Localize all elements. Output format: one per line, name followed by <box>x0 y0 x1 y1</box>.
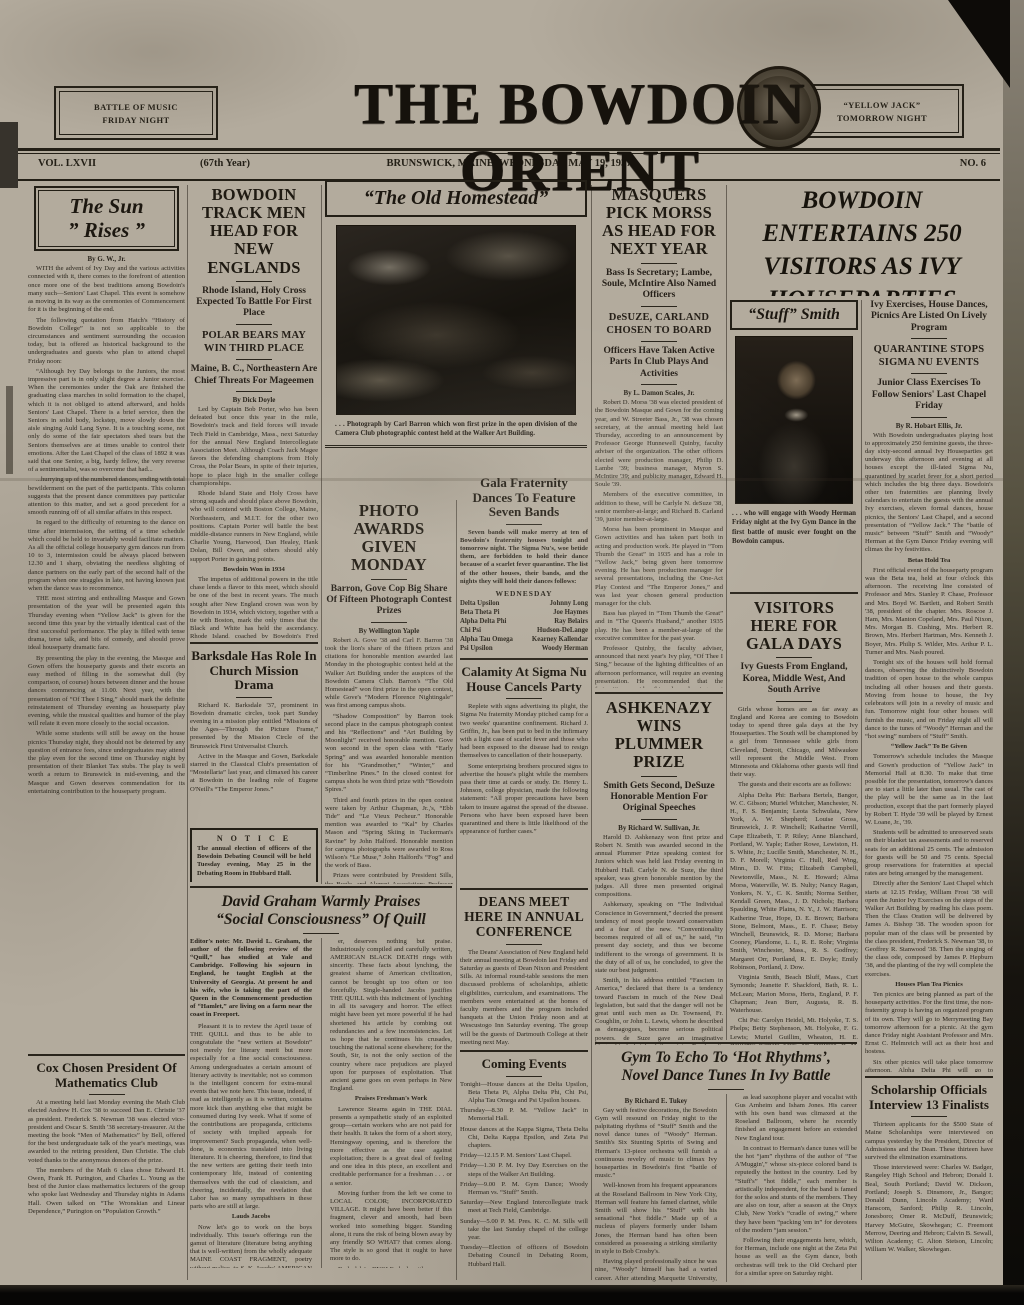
headline: Coming Events <box>460 1057 588 1072</box>
article-body: Richard K. Barksdale '37, prominent in B… <box>190 702 318 794</box>
ear-left-line1: BATTLE OF MUSIC <box>94 102 178 112</box>
stuff-smith-photo-block: “Stuff” Smith . . . who will engage with… <box>730 300 858 588</box>
divider <box>776 701 812 702</box>
schedule-day-label: WEDNESDAY <box>460 589 588 598</box>
article-sun-rises: The Sun ” Rises ” By G. W., Jr. WITH the… <box>28 186 185 1052</box>
paragraph: Harold D. Ashkenazy won first prize and … <box>595 834 723 900</box>
headline: Barksdale Has Role In Church Mission Dra… <box>190 649 318 693</box>
byline: By R. Hobart Ellis, Jr. <box>865 422 993 430</box>
divider <box>325 445 587 448</box>
headline-line1: David Graham Warmly Praises <box>190 893 452 911</box>
paragraph: Tonight—House dances at the Delta Upsilo… <box>460 1081 588 1106</box>
byline: By L. Damon Scales, Jr. <box>595 389 723 397</box>
schedule-row: Alpha Tau OmegaKearney Kallendar <box>460 635 588 644</box>
paragraph: In regard to the difficulty of returning… <box>28 519 185 593</box>
ear-box-left: BATTLE OF MUSIC FRIDAY NIGHT <box>54 86 218 140</box>
article-body: Robert A. Gove '38 and Carl F. Barron '3… <box>325 637 453 884</box>
photo-label-box: “Stuff” Smith <box>730 300 858 330</box>
paragraph: Thursday—8.30 P. M. “Yellow Jack” in Mem… <box>460 1107 588 1123</box>
editors-note: Editor's note: Mr. David L. Graham, the … <box>190 938 312 1020</box>
paragraph: Replete with signs advertising its pligh… <box>460 703 588 760</box>
paragraph: Well-known from his frequent appearances… <box>595 1182 717 1256</box>
paragraph: ...hurrying up of the numbered dances, e… <box>28 476 185 517</box>
photo-feature-old-homestead: “The Old Homestead” . . . Photograph by … <box>325 180 587 496</box>
notice-body: The annual election of officers of the B… <box>197 845 311 878</box>
divider <box>776 657 812 658</box>
headline: VISITORS HERE FOR GALA DAYS <box>730 599 858 653</box>
banner-headline: BOWDOIN ENTERTAINS 250 VISITORS AS IVY H… <box>730 184 994 296</box>
byline: By Richard E. Tukey <box>595 1097 717 1105</box>
paragraph: Barksdale's JINGLE, lush with sensuous i… <box>330 1266 452 1268</box>
divider <box>89 1094 125 1095</box>
coming-events: Coming Events Tonight—House dances at th… <box>460 1050 588 1289</box>
paragraph: In contrast to Herman's dance tunes will… <box>735 1145 857 1235</box>
newspaper-page: BATTLE OF MUSIC FRIDAY NIGHT THE BOWDOIN… <box>0 0 1024 1305</box>
headline-line2: “Social Consciousness” Of Quill <box>190 911 452 929</box>
headline: MASQUERS PICK MORSS AS HEAD FOR NEXT YEA… <box>595 186 723 259</box>
article-track: BOWDOIN TRACK MEN HEAD FOR NEW ENGLANDS … <box>190 186 318 638</box>
article-body: Seven bands will make merry at ten of Bo… <box>460 529 588 586</box>
column-rule <box>591 185 592 1280</box>
divider <box>641 776 677 777</box>
divider <box>371 622 407 623</box>
paragraph: House dances at the Kappa Sigma, Theta D… <box>460 1126 588 1151</box>
article-body: Pleasant it is to review the April issue… <box>190 1023 312 1268</box>
paragraph: Students will be admitted to unreserved … <box>865 829 993 878</box>
scan-edge-bottom <box>0 1285 1024 1305</box>
headline-line2: Novel Dance Tunes In Ivy Battle <box>595 1067 857 1085</box>
scan-edge-right <box>1003 0 1024 1305</box>
paragraph: Professor Quinby, the faculty adviser, a… <box>595 645 723 688</box>
article-graham-quill: David Graham Warmly Praises “Social Cons… <box>190 886 452 1289</box>
paragraph: Richard K. Barksdale '37, prominent in B… <box>190 702 318 751</box>
paragraph: Members of the executive committee, in a… <box>595 491 723 524</box>
events-list: Tonight—House dances at the Delta Upsilo… <box>460 1081 588 1269</box>
article-body: At a meeting held last Monday evening th… <box>28 1099 185 1216</box>
divider <box>236 359 272 360</box>
paragraph: The guests and their escorts are as foll… <box>730 781 858 789</box>
fold-crease <box>0 478 1024 481</box>
article-body: Girls whose homes are as far away as Eng… <box>730 706 858 1045</box>
paragraph: Robert D. Morss '38 was elected presiden… <box>595 399 723 489</box>
divider <box>506 698 542 699</box>
deck: Barron, Gove Cop Big Share Of Fifteen Ph… <box>325 584 453 618</box>
headline: Cox Chosen President Of Mathematics Club <box>28 1061 185 1090</box>
gym-col2: as lead saxophone player and vocalist wi… <box>726 1094 857 1282</box>
divider <box>236 281 272 282</box>
divider <box>641 384 677 385</box>
paragraph: With Bowdoin undergraduates playing host… <box>865 432 993 555</box>
paragraph: Rhode Island State and Holy Cross have s… <box>190 490 318 564</box>
paragraph: Pleasant it is to review the April issue… <box>190 1023 312 1212</box>
article-cox-math-club: Cox Chosen President Of Mathematics Club… <box>28 1054 185 1289</box>
graham-col1: Editor's note: Mr. David L. Graham, the … <box>190 938 312 1268</box>
notice-head: N O T I C E <box>197 834 311 843</box>
paragraph: Six other picnics will take place tomorr… <box>865 1059 993 1072</box>
paragraph: Ten picnics are being planned as part of… <box>865 991 993 1057</box>
paragraph: While some students will still be away o… <box>28 730 185 796</box>
prize-landscape-photo <box>337 226 575 414</box>
paragraph: Betas Hold Tea <box>865 557 993 565</box>
deck: Maine, B. C., Northeastern Are Chief Thr… <box>190 364 318 387</box>
article-barksdale: Barksdale Has Role In Church Mission Dra… <box>190 642 318 831</box>
headline: BOWDOIN ENTERTAINS 250 VISITORS AS IVY H… <box>730 184 994 296</box>
byline: By Dick Doyle <box>190 396 318 404</box>
byline: By Wellington Yaple <box>325 627 453 635</box>
divider <box>506 524 542 525</box>
byline: By Richard W. Sullivan, Jr. <box>595 824 723 832</box>
headline-line1: Gym To Echo To ‘Hot Rhythms’, <box>595 1049 857 1067</box>
paragraph: Chi Psi: Carolyn Heidel, Mt. Holyoke, T.… <box>730 1017 858 1045</box>
paragraph: Smith, in his address entitled “Fascism … <box>595 977 723 1045</box>
paragraph: Friday—1.30 P. M. Ivy Day Exercises on t… <box>460 1162 588 1178</box>
headline: Scholarship Officials Interview 13 Final… <box>865 1083 993 1112</box>
headline: PHOTO AWARDS GIVEN MONDAY <box>325 502 453 575</box>
article-ashkenazy: ASHKENAZY WINS PLUMMER PRIZE Smith Gets … <box>595 692 723 1045</box>
gala-intro: Seven bands will make merry at ten of Bo… <box>460 529 588 586</box>
divider <box>506 944 542 945</box>
paragraph: The following quotation from Hatch's “Hi… <box>28 317 185 366</box>
article-houseparties: Ivy Exercises, House Dances, Picnics Are… <box>865 300 993 1072</box>
article-body: WITH the advent of Ivy Day and the vario… <box>28 265 185 796</box>
column-rule <box>456 500 457 1280</box>
paragraph: Prizes were contributed by President Sil… <box>325 872 453 884</box>
headline: BOWDOIN TRACK MEN HEAD FOR NEW ENGLANDS <box>190 186 318 277</box>
paragraph: Third and fourth prizes in the open cont… <box>325 797 453 871</box>
gym-col1: By Richard E. Tukey Gay with festive dec… <box>595 1094 717 1282</box>
divider <box>236 324 272 325</box>
article-gym-battle-of-music: Gym To Echo To ‘Hot Rhythms’, Novel Danc… <box>595 1042 857 1289</box>
paragraph: Tonight six of the houses will hold form… <box>865 659 993 741</box>
paragraph: Houses Plan Tea Picnics <box>865 981 993 989</box>
article-scholarship: Scholarship Officials Interview 13 Final… <box>865 1076 993 1289</box>
article-body: Gay with festive decorations, the Bowdoi… <box>595 1107 717 1282</box>
paragraph: Friday—12.15 P. M. Seniors' Last Chapel. <box>460 1152 588 1160</box>
paragraph: Following their engagements here, which,… <box>735 1237 857 1278</box>
ink-smudge <box>0 122 18 188</box>
paragraph: Lauds Jacobs <box>190 1213 312 1221</box>
deck: Bass Is Secretary; Lambe, Soule, McIntir… <box>595 268 723 302</box>
paragraph: Morss has been prominent in Masque and G… <box>595 526 723 608</box>
article-sigma-nu-calamity: Calamity At Sigma Nu House Cancels Party… <box>460 658 588 891</box>
deck: Rhode Island, Holy Cross Expected To Bat… <box>190 286 318 320</box>
headline: ASHKENAZY WINS PLUMMER PRIZE <box>595 699 723 772</box>
paragraph: Active in the Masque and Gown, Barksdale… <box>190 753 318 794</box>
paragraph: Girls whose homes are as far away as Eng… <box>730 706 858 780</box>
paragraph: Directly after the Seniors' Last Chapel … <box>865 880 993 978</box>
schedule-row: Alpha Delta PhiRay Belairs <box>460 617 588 626</box>
article-body: Led by Captain Bob Porter, who has been … <box>190 406 318 638</box>
column-rule <box>321 185 322 884</box>
divider <box>303 933 339 934</box>
paragraph: Ashkenazy, speaking on “The Individual C… <box>595 901 723 975</box>
headline: DEANS MEET HERE IN ANNUAL CONFERENCE <box>460 895 588 940</box>
paragraph: Bass has played in “Tom Thumb the Great”… <box>595 610 723 643</box>
schedule-wednesday: Delta UpsilonJohnny LongBeta Theta PiJoe… <box>460 599 588 653</box>
deck: Ivy Guests From England, Korea, Middle W… <box>730 662 858 696</box>
schedule-row: Psi UpsilonWoody Herman <box>460 644 588 653</box>
paragraph: The Deans' Association of New England he… <box>460 949 588 1047</box>
article-body: as lead saxophone player and vocalist wi… <box>735 1094 857 1278</box>
paragraph: “Although Ivy Day belongs to the Juniors… <box>28 368 185 475</box>
schedule-row: Beta Theta PiJoe Haymes <box>460 608 588 617</box>
issue-number: NO. 6 <box>960 158 986 169</box>
article-body: er, deserves nothing but praise. Industr… <box>330 938 452 1268</box>
divider <box>641 341 677 342</box>
paragraph: Robert A. Gove '38 and Carl F. Barron '3… <box>325 637 453 711</box>
paragraph: Alpha Delta Phi: Barbara Bertels, Bangor… <box>730 792 858 972</box>
photo-feature-title-box: “The Old Homestead” <box>325 180 587 217</box>
article-body: With Bowdoin undergraduates playing host… <box>865 432 993 1072</box>
paragraph: Thirteen applicants for the $500 State o… <box>865 1121 993 1162</box>
article-photo-awards: PHOTO AWARDS GIVEN MONDAY Barron, Gove C… <box>325 502 453 884</box>
paragraph: The impetus of additional powers in the … <box>190 576 318 638</box>
deck: Officers Have Taken Active Parts In Club… <box>595 346 723 380</box>
deck: Ivy Exercises, House Dances, Picnics Are… <box>865 300 993 334</box>
paragraph: as lead saxophone player and vocalist wi… <box>735 1094 857 1143</box>
paragraph: THE most stirring and enthralling Masque… <box>28 595 185 652</box>
divider <box>236 697 272 698</box>
headline: Calamity At Sigma Nu House Cancels Party <box>460 665 588 694</box>
paragraph: Lawrence Stearns again in THE DIAL prese… <box>330 1106 452 1188</box>
ink-smudge <box>6 386 13 474</box>
article-body: The Deans' Association of New England he… <box>460 949 588 1047</box>
paragraph: Those interviewed were: Charles W. Badge… <box>865 1164 993 1254</box>
paragraph: Tomorrow's schedule includes the Masque … <box>865 753 993 827</box>
paragraph: Having played professionally since he wa… <box>595 1258 717 1281</box>
paragraph: First official event of the houseparty p… <box>865 567 993 657</box>
deck: POLAR BEARS MAY WIN THIRD PLACE <box>190 329 318 355</box>
article-body: Harold D. Ashkenazy won first prize and … <box>595 834 723 1045</box>
paragraph: Sunday—5.00 P. M. Pres. K. C. M. Sills w… <box>460 1218 588 1243</box>
headline: Gala Fraternity Dances To Feature Seven … <box>460 476 588 520</box>
article-body: Robert D. Morss '38 was elected presiden… <box>595 399 723 688</box>
divider <box>641 819 677 820</box>
paragraph: At a meeting held last Monday evening th… <box>28 1099 185 1165</box>
paragraph: Tuesday—Election of officers of Bowdoin … <box>460 1244 588 1269</box>
ear-left-line2: FRIDAY NIGHT <box>102 115 169 125</box>
paragraph: Friday—9.00 P. M. Gym Dance; Woody Herma… <box>460 1181 588 1197</box>
graham-col2: er, deserves nothing but praise. Industr… <box>321 938 452 1268</box>
notice-box: N O T I C E The annual election of offic… <box>190 828 318 882</box>
notice: N O T I C E The annual election of offic… <box>190 828 318 882</box>
paragraph: Now let's go to work on the boys individ… <box>190 1224 312 1268</box>
paragraph: Some enterprising brothers procured sign… <box>460 763 588 837</box>
divider <box>911 1116 947 1117</box>
sun-rises-title-box: The Sun ” Rises ” <box>34 186 179 251</box>
paragraph: WITH the advent of Ivy Day and the vario… <box>28 265 185 314</box>
article-gala-dances: Gala Fraternity Dances To Feature Seven … <box>460 476 588 654</box>
divider <box>371 579 407 580</box>
paragraph: Led by Captain Bob Porter, who has been … <box>190 406 318 488</box>
paragraph: By presenting the play in the evening, t… <box>28 655 185 729</box>
paragraph: Gay with festive decorations, the Bowdoi… <box>595 1107 717 1181</box>
column-rule <box>726 185 727 1040</box>
paragraph: “Shadow Composition” by Barron took seco… <box>325 713 453 795</box>
photo-caption: . . . who will engage with Woody Herman … <box>730 509 858 546</box>
deck: DeSUZE, CARLAND CHOSEN TO BOARD <box>595 311 723 337</box>
deck: Junior Class Exercises To Follow Seniors… <box>865 378 993 412</box>
sun-rises-title-line1: The Sun <box>38 194 175 218</box>
page-fold-mark <box>948 0 1010 88</box>
divider <box>708 1089 744 1090</box>
paragraph: Saturday—New England Intercollegiate tra… <box>460 1199 588 1215</box>
article-body: Thirteen applicants for the $500 State o… <box>865 1121 993 1254</box>
article-deans-conference: DEANS MEET HERE IN ANNUAL CONFERENCE The… <box>460 888 588 1053</box>
paragraph: Moving further from the left we come to … <box>330 1190 452 1264</box>
byline: By G. W., Jr. <box>28 255 185 263</box>
article-body: Replete with signs advertising its pligh… <box>460 703 588 836</box>
column-rule <box>187 185 188 1280</box>
sun-rises-title-line2: ” Rises ” <box>38 218 175 242</box>
divider <box>506 1076 542 1077</box>
divider <box>641 263 677 264</box>
paragraph: Praises Freshman's Work <box>330 1095 452 1103</box>
photo-caption: . . . Photograph by Carl Barron which wo… <box>325 420 587 439</box>
paragraph: The members of the Math 6 class chose Ed… <box>28 1167 185 1216</box>
divider <box>911 373 947 374</box>
paragraph: “Yellow Jack” To Be Given <box>865 743 993 751</box>
paragraph: Virginia Smith, Beach Bluff, Mass., Curt… <box>730 974 858 1015</box>
deck: Smith Gets Second, DeSuze Honorable Ment… <box>595 781 723 815</box>
article-masquers: MASQUERS PICK MORSS AS HEAD FOR NEXT YEA… <box>595 186 723 688</box>
divider <box>911 338 947 339</box>
column-rule <box>861 300 862 1280</box>
deck: QUARANTINE STOPS SIGMA NU EVENTS <box>865 343 993 369</box>
divider <box>911 417 947 418</box>
schedule-row: Delta UpsilonJohnny Long <box>460 599 588 608</box>
paragraph: Bowdoin Won in 1934 <box>190 566 318 574</box>
article-visitors: VISITORS HERE FOR GALA DAYS Ivy Guests F… <box>730 592 858 1045</box>
divider <box>641 306 677 307</box>
schedule-row: Chi PsiHudson-DeLange <box>460 626 588 635</box>
divider <box>236 391 272 392</box>
paragraph: er, deserves nothing but praise. Industr… <box>330 938 452 1094</box>
